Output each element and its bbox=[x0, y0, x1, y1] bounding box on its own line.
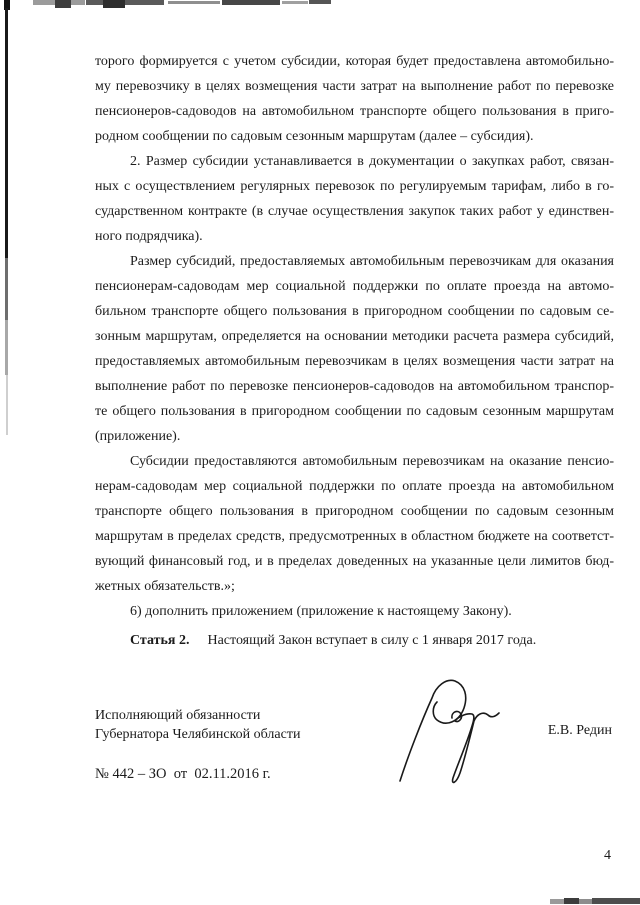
scan-artifact-bottom bbox=[592, 898, 640, 904]
text-line: ных с осуществлением регулярных перевозо… bbox=[95, 174, 614, 199]
text-line: нерам-садоводам мер социальной поддержки… bbox=[95, 474, 614, 499]
document-page: торого формируется с учетом субсидии, ко… bbox=[0, 0, 640, 905]
scan-artifact-left-border bbox=[6, 375, 8, 435]
text-line: 6) дополнить приложением (приложение к н… bbox=[95, 599, 614, 624]
text-line: предоставляемых автомобильным перевозчик… bbox=[95, 349, 614, 374]
scan-artifact-top bbox=[309, 0, 331, 4]
scan-artifact-bottom bbox=[579, 899, 592, 904]
signatory-position-line2: Губернатора Челябинской области bbox=[95, 725, 300, 744]
text-line: 2. Размер субсидии устанавливается в док… bbox=[95, 149, 614, 174]
text-line: Размер субсидий, предоставляемых автомоб… bbox=[95, 249, 614, 274]
text-line: вующий финансовый год, и в пределах дове… bbox=[95, 549, 614, 574]
text-line: выполнение работ по перевозке пенсионеро… bbox=[95, 374, 614, 399]
text-line: те общего пользования в пригородном сооб… bbox=[95, 399, 614, 424]
signatory-position-line1: Исполняющий обязанности bbox=[95, 706, 300, 725]
text-line: зонным маршрутам, определяется на основа… bbox=[95, 324, 614, 349]
scan-artifact-top bbox=[222, 0, 280, 5]
signatory-position: Исполняющий обязанности Губернатора Челя… bbox=[95, 706, 300, 744]
article-2-label: Статья 2. bbox=[130, 633, 189, 648]
scan-artifact-bottom bbox=[564, 898, 579, 904]
scan-artifact-top bbox=[282, 1, 308, 4]
article-2-line: Статья 2.Настоящий Закон вступает в силу… bbox=[95, 632, 614, 650]
scan-artifact-top bbox=[86, 0, 164, 5]
document-number: № 442 – ЗО от 02.11.2016 г. bbox=[95, 766, 271, 783]
text-line: пенсионерам-садоводам мер социальной под… bbox=[95, 274, 614, 299]
text-line: му перевозчику в целях возмещения части … bbox=[95, 74, 614, 99]
scan-artifact-left-border bbox=[5, 8, 8, 258]
text-line: сударственном контракте (в случае осущес… bbox=[95, 199, 614, 224]
scan-artifact-top bbox=[103, 0, 125, 8]
text-line: родном сообщении по садовым сезонным мар… bbox=[95, 124, 614, 149]
text-line: бильном транспорте общего пользования в … bbox=[95, 299, 614, 324]
body-text: торого формируется с учетом субсидии, ко… bbox=[95, 49, 614, 624]
text-line: торого формируется с учетом субсидии, ко… bbox=[95, 49, 614, 74]
text-line: ного подрядчика). bbox=[95, 224, 614, 249]
scan-artifact-left-border bbox=[5, 320, 8, 375]
scan-artifact-top bbox=[168, 1, 220, 4]
scan-artifact-bottom bbox=[550, 899, 564, 904]
text-line: транспорте общего пользования в пригород… bbox=[95, 499, 614, 524]
scan-artifact-left-border bbox=[5, 258, 8, 320]
text-line: Субсидии предоставляются автомобильным п… bbox=[95, 449, 614, 474]
article-2-text: Настоящий Закон вступает в силу с 1 янва… bbox=[207, 633, 536, 648]
text-line: (приложение). bbox=[95, 424, 614, 449]
signature-scribble bbox=[368, 668, 508, 798]
text-line: маршрутам в пределах средств, предусмотр… bbox=[95, 524, 614, 549]
signer-name: Е.В. Редин bbox=[548, 723, 612, 739]
text-line: жетных обязательств.»; bbox=[95, 574, 614, 599]
scan-artifact-top bbox=[55, 0, 71, 8]
page-number: 4 bbox=[604, 848, 611, 864]
text-line: пенсионеров-садоводов на автомобильном т… bbox=[95, 99, 614, 124]
